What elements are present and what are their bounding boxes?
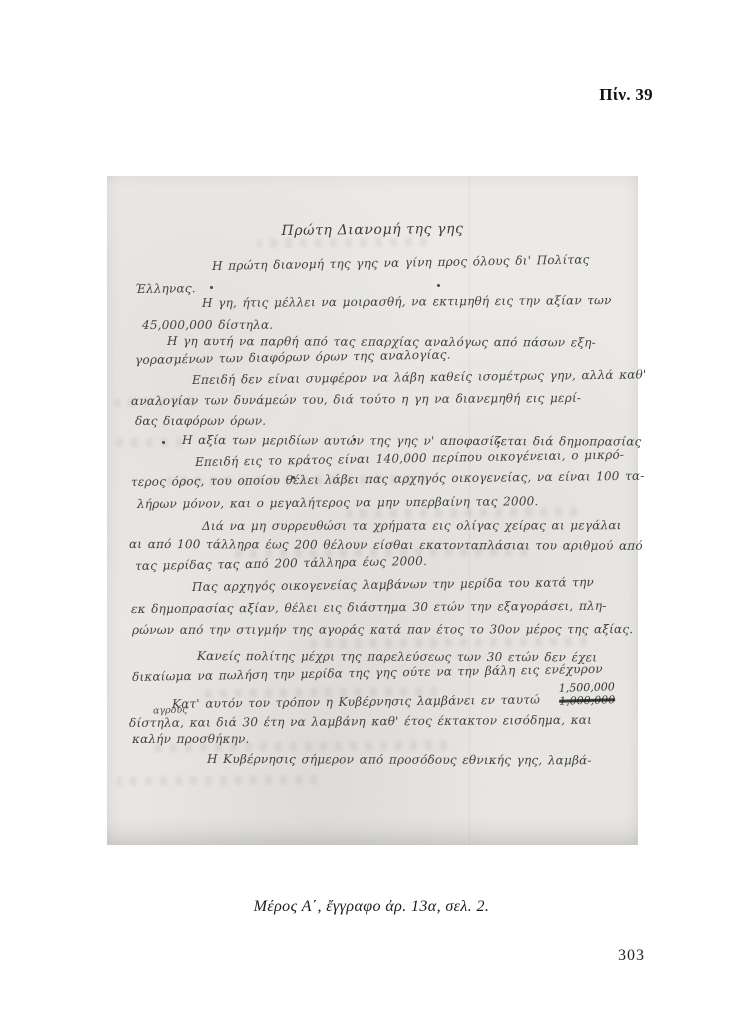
manuscript-line: Επειδή εις το κράτος είναι 140,000 περίπ… — [195, 448, 624, 469]
ink-dot — [437, 284, 440, 287]
manuscript-line: ρώνων από την στιγμήν της αγοράς κατά πα… — [132, 622, 633, 637]
ink-dot — [162, 441, 165, 444]
interlinear-note: αγρούς — [153, 704, 188, 716]
bleed-smudge — [307, 637, 587, 648]
page-number: 303 — [618, 947, 645, 965]
manuscript-line: αι από 100 τάλληρα έως 200 θέλουν είσθαι… — [129, 537, 643, 553]
manuscript-line: Η Κυβέρνησις σήμερον από προσόδους εθνικ… — [207, 752, 592, 767]
manuscript-line: δας διαφόρων όρων. — [135, 414, 266, 428]
manuscript-line: λήρων μόνον, και ο μεγαλήτερος να μην υπ… — [137, 494, 539, 511]
correction-stack: 1,500,000 1,000,000 — [559, 681, 616, 708]
manuscript-line: καλήν προσθήκην. — [132, 732, 250, 746]
bleed-smudge — [113, 438, 183, 448]
manuscript-line: γορασμένων των διαφόρων όρων της αναλογί… — [135, 347, 451, 367]
manuscript-scan: Πρώτη Διανομή της γης Η πρώτη διανομή τη… — [107, 176, 638, 845]
manuscript-line: τερος όρος, του οποίου θέλει λάβει πας α… — [131, 469, 645, 489]
manuscript-line: τας μερίδας τας από 200 τάλληρα έως 2000… — [135, 554, 427, 573]
plate-caption: Μέρος Α΄, ἔγγραφο ἀρ. 13α, σελ. 2. — [0, 898, 743, 916]
manuscript-title: Πρώτη Διανομή της γης — [107, 219, 638, 241]
plate-label: Πίν. 39 — [599, 85, 653, 105]
manuscript-line: εκ δημοπρασίας αξίαν, θέλει εις διάστημα… — [131, 599, 607, 616]
manuscript-line: δικαίωμα να πωλήση την μερίδα της γης ού… — [132, 662, 603, 684]
manuscript-line: αναλογίαν των δυνάμεών του, διά τούτο η … — [131, 391, 581, 408]
manuscript-line: δίστηλα, και διά 30 έτη να λαμβάνη καθ' … — [129, 713, 592, 730]
manuscript-line: Διά να μη συρρευθώσι τα χρήματα εις ολίγ… — [202, 518, 622, 533]
manuscript-line: Η γη, ήτις μέλλει να μοιρασθή, να εκτιμη… — [202, 293, 612, 310]
manuscript-line: Η γη αυτή να παρθή από τας επαρχίας αναλ… — [167, 334, 596, 349]
manuscript-line: Επειδή δεν είναι συμφέρον να λάβη καθείς… — [192, 367, 647, 387]
book-page: Πίν. 39 Πρώτη Διανομή της γης Η πρώτη δι… — [0, 0, 743, 1027]
ink-dot — [210, 286, 213, 289]
manuscript-line: Η αξία των μεριδίων αυτών της γης ν' απο… — [182, 433, 641, 449]
manuscript-line: 45,000,000 δίστηλα. — [142, 318, 273, 332]
manuscript-line: Έλληνας. — [135, 281, 196, 296]
bleed-smudge — [117, 775, 317, 786]
manuscript-line: Πας αρχηγός οικογενείας λαμβάνων την μερ… — [192, 575, 594, 594]
struck-figure: 1,000,000 — [559, 694, 615, 708]
manuscript-line: Η πρώτη διανομή της γης να γίνη προς όλο… — [212, 252, 590, 273]
